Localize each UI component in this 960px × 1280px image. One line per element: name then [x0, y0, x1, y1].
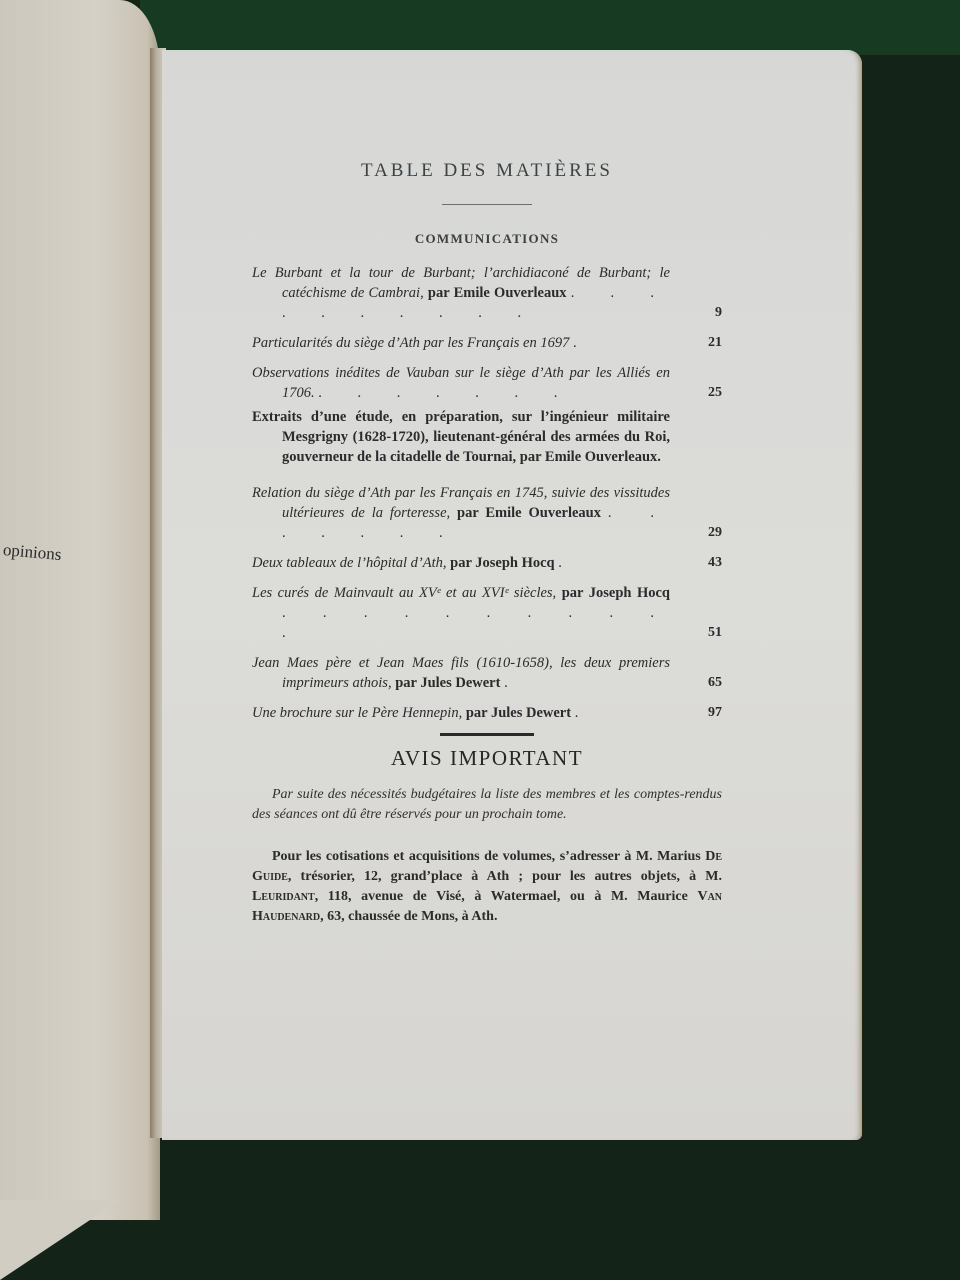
toc-list: Le Burbant et la tour de Burbant; l’arch…	[252, 263, 722, 723]
contact-text: , 118, avenue de Visé, à Watermael, ou à…	[315, 889, 688, 904]
toc-page-number: 65	[686, 673, 722, 693]
toc-entry: Deux tableaux de l’hôpital d’Ath, par Jo…	[252, 553, 722, 573]
toc-entry: Jean Maes père et Jean Maes fils (1610-1…	[252, 653, 722, 693]
toc-entry: Particularités du siège d’Ath par les Fr…	[252, 333, 722, 353]
table-of-contents-page: TABLE DES MATIÈRES COMMUNICATIONS Le Bur…	[252, 160, 722, 941]
toc-entry: Observations inédites de Vauban sur le s…	[252, 363, 722, 403]
toc-page-number: 51	[686, 623, 722, 643]
section-heading: COMMUNICATIONS	[252, 231, 722, 247]
contact-text: , 63, chaussée de Mons, à Ath.	[320, 909, 497, 924]
toc-entry: Le Burbant et la tour de Burbant; l’arch…	[252, 263, 722, 323]
green-cloth-background	[140, 0, 960, 55]
left-page-fragment-text: opinions	[2, 540, 62, 565]
toc-entry-author: par Emile Ouverleaux	[457, 505, 601, 521]
toc-leader: . . . . . . .	[318, 385, 573, 401]
notice-paragraph: Par suite des nécessités budgétaires la …	[252, 785, 722, 825]
title-divider	[442, 204, 532, 205]
toc-entry: Les curés de Mainvault au XVᵉ et au XVIᵉ…	[252, 583, 722, 643]
left-page: opinions	[0, 0, 160, 1220]
toc-leader: .	[558, 555, 578, 571]
toc-entry-title: Une brochure sur le Père Hennepin,	[252, 705, 462, 721]
toc-entry-author: par Emile Ouverleaux	[428, 285, 567, 301]
toc-leader: .	[504, 675, 524, 691]
toc-entry-author: par Jules Dewert	[466, 705, 571, 721]
toc-page-number: 97	[686, 703, 722, 723]
contact-text: , trésorier, 12, grand’place à Ath ; pou…	[288, 869, 722, 884]
toc-entry-title: Particularités du siège d’Ath par les Fr…	[252, 335, 569, 351]
toc-page-number: 9	[686, 303, 722, 323]
toc-entry-author: par Jules Dewert	[395, 675, 500, 691]
right-page: TABLE DES MATIÈRES COMMUNICATIONS Le Bur…	[162, 50, 862, 1140]
toc-page-number: 29	[686, 523, 722, 543]
toc-page-number: 43	[686, 553, 722, 573]
toc-leader: . . . . . . . . . . .	[282, 605, 670, 641]
page-title: TABLE DES MATIÈRES	[252, 160, 722, 182]
contact-name-leuridant: Leuridant	[252, 889, 315, 904]
toc-page-number: 25	[686, 383, 722, 403]
toc-entry-title: Deux tableaux de l’hôpital d’Ath,	[252, 555, 447, 571]
toc-leader: .	[573, 335, 593, 351]
contact-paragraph: Pour les cotisations et acquisitions de …	[252, 847, 722, 927]
toc-entry-title: Extraits d’une étude, en préparation, su…	[252, 409, 670, 465]
contact-text: Pour les cotisations et acquisitions de …	[272, 849, 701, 864]
notice-title: AVIS IMPORTANT	[252, 746, 722, 771]
toc-entry-author: par Joseph Hocq	[562, 585, 670, 601]
toc-leader: .	[575, 705, 595, 721]
section-divider	[440, 733, 534, 736]
toc-entry-author: par Joseph Hocq	[450, 555, 554, 571]
toc-page-number: 21	[686, 333, 722, 353]
toc-entry: Une brochure sur le Père Hennepin, par J…	[252, 703, 722, 723]
toc-entry-title: Les curés de Mainvault au XVᵉ et au XVIᵉ…	[252, 585, 556, 601]
toc-entry: Extraits d’une étude, en préparation, su…	[252, 407, 722, 467]
toc-entry: Relation du siège d’Ath par les Français…	[252, 483, 722, 543]
